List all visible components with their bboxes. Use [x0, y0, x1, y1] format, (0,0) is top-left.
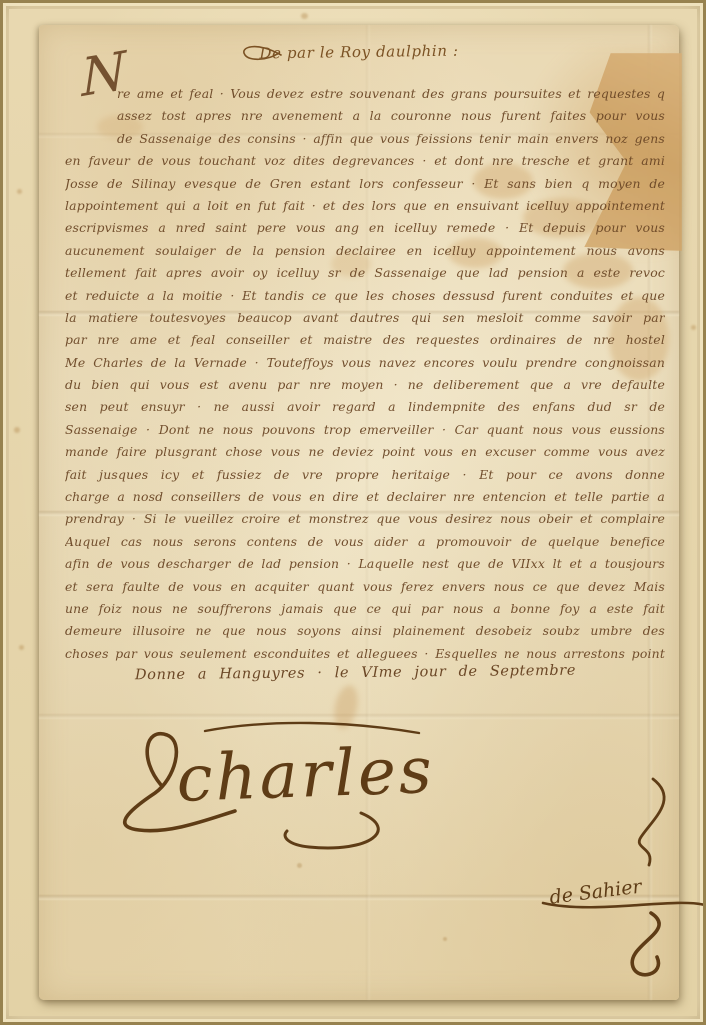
manuscript-line: prendray · Si le vueillez croire et mons…: [65, 508, 665, 530]
foxing-spot: [301, 13, 308, 19]
manuscript-line: lappointement qui a loit en fut fait · e…: [65, 195, 665, 217]
signature-flourish: [285, 813, 378, 848]
manuscript-line: Auquel cas nous serons contens de vous a…: [65, 531, 665, 553]
manuscript-line: Sassenaige · Dont ne nous pouvons trop e…: [65, 419, 665, 441]
paraph-lower: [632, 913, 659, 975]
manuscript-line: sen peut ensuyr · ne aussi avoir regard …: [65, 396, 665, 418]
foxing-spot: [17, 189, 22, 194]
manuscript-line: par nre ame et feal conseiller et maistr…: [65, 329, 665, 351]
manuscript-line: tellement fait apres avoir oy icelluy sr…: [65, 262, 665, 284]
manuscript-line: la matiere toutesvoyes beaucop avant dau…: [65, 307, 665, 329]
manuscript-line: assez tost apres nre avenement a la cour…: [117, 105, 665, 127]
secretary-name: de Sahier: [548, 875, 644, 908]
manuscript-line: en faveur de vous touchant voz dites deg…: [65, 150, 665, 172]
manuscript-line: escripvismes a nred saint pere vous ang …: [65, 217, 665, 239]
manuscript-page: De par le Roy daulphin : N re ame et fea…: [39, 25, 679, 1000]
manuscript-line: mande faire plusgrant chose vous ne devi…: [65, 441, 665, 463]
manuscript-line: Me Charles de la Vernade · Touteffoys vo…: [65, 352, 665, 374]
foxing-spot: [297, 863, 302, 868]
manuscript-line: de Sassenaige des consins · affin que vo…: [117, 128, 665, 150]
picture-frame: De par le Roy daulphin : N re ame et fea…: [0, 0, 706, 1025]
foxing-spot: [691, 325, 696, 330]
foxing-spot: [443, 937, 447, 941]
manuscript-line: du bien qui vous est avenu par nre moyen…: [65, 374, 665, 396]
dateline: Donne a Hanguyres · le VIme jour de Sept…: [135, 663, 576, 684]
manuscript-line: aucunement soulaiger de la pension decla…: [65, 240, 665, 262]
manuscript-line: et reduicte a la moitie · Et tandis ce q…: [65, 285, 665, 307]
mat-border: De par le Roy daulphin : N re ame et fea…: [9, 9, 697, 1016]
signature-text: charles: [175, 734, 435, 817]
manuscript-line: demeure illusoire ne que nous soyons ain…: [65, 620, 665, 642]
manuscript-line: afin de vous descharger de lad pension ·…: [65, 553, 665, 575]
secretary-signature: de Sahier: [541, 773, 706, 993]
manuscript-line: re ame et feal · Vous devez estre souven…: [117, 83, 665, 105]
manuscript-body: re ame et feal · Vous devez estre souven…: [65, 83, 665, 665]
manuscript-line: fait jusques icy et fussiez de vre propr…: [65, 464, 665, 486]
manuscript-line: une foiz nous ne souffrerons jamais que …: [65, 598, 665, 620]
manuscript-line: et sera faulte de vous en acquiter quant…: [65, 576, 665, 598]
paraph-upper: [639, 779, 664, 865]
royal-signature: charles: [109, 697, 459, 857]
foxing-spot: [14, 427, 20, 433]
manuscript-line: charge a nosd conseillers de vous en dir…: [65, 486, 665, 508]
signature-flourish: [205, 723, 419, 733]
foxing-spot: [19, 645, 24, 650]
manuscript-line: Josse de Silinay evesque de Gren estant …: [65, 173, 665, 195]
